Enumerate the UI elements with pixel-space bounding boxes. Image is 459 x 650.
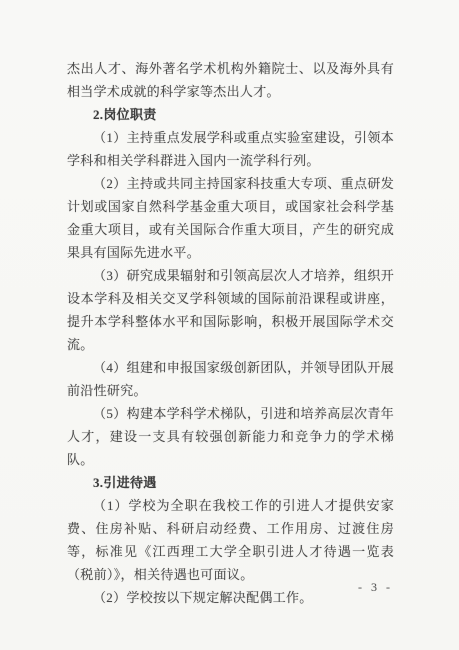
paragraph-continuation: 杰出人才、海外著名学术机构外籍院士、以及海外具有相当学术成就的科学家等杰出人才。 [67,57,394,103]
paragraph: （1）主持重点发展学科或重点实验室建设，引领本学科和相关学科群进入国内一流学科行… [67,126,394,172]
paragraph: （1）学校为全职在我校工作的引进人才提供安家费、住房补贴、科研启动经费、工作用房… [67,494,394,586]
page-number: - 3 - [358,580,393,595]
paragraph: （5）构建本学科学术梯队，引进和培养高层次青年人才，建设一支具有较强创新能力和竞… [67,402,394,471]
section-heading-duties: 2.岗位职责 [67,103,394,126]
document-page: 杰出人才、海外著名学术机构外籍院士、以及海外具有相当学术成就的科学家等杰出人才。… [0,0,459,650]
paragraph: （3）研究成果辐射和引领高层次人才培养，组织开设本学科及相关交叉学科领域的国际前… [67,264,394,356]
section-heading-benefits: 3.引进待遇 [67,471,394,494]
paragraph: （4）组建和申报国家级创新团队，并领导团队开展前沿性研究。 [67,356,394,402]
paragraph: （2）主持或共同主持国家科技重大专项、重点研发计划或国家自然科学基金重大项目，或… [67,172,394,264]
paragraph: （2）学校按以下规定解决配偶工作。 [67,586,394,609]
document-body: 杰出人才、海外著名学术机构外籍院士、以及海外具有相当学术成就的科学家等杰出人才。… [67,57,394,609]
